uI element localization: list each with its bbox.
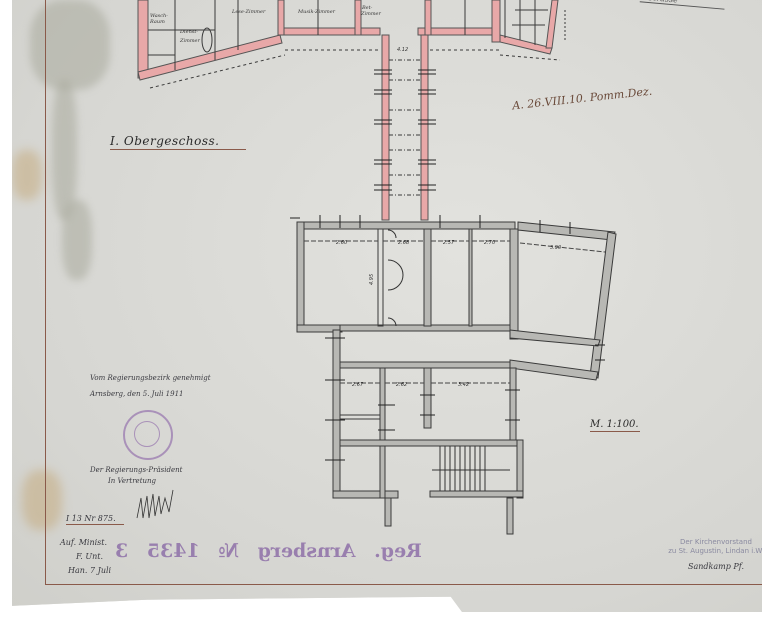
- church-board-stamp-line2: zu St. Augustin, Lindan i.W.: [666, 547, 762, 556]
- svg-text:Lese-Zimmer: Lese-Zimmer: [231, 9, 266, 15]
- upper-floor-plan: [138, 0, 565, 88]
- svg-text:3.42: 3.42: [458, 382, 469, 388]
- lower-floor-plan: [290, 215, 616, 534]
- church-board-stamp-line1: Der Kirchenvorstand: [666, 538, 762, 547]
- official-seal: [123, 410, 173, 460]
- svg-text:4.95: 4.95: [369, 274, 375, 285]
- corridor: [374, 35, 436, 220]
- svg-text:3.90: 3.90: [550, 245, 561, 251]
- registry-stamp: Reg. Arnsberg № 1435 3: [115, 540, 422, 562]
- note-bottom-left-1: Auf. Minist.: [60, 538, 107, 547]
- floor-title: I. Obergeschoss.: [110, 134, 246, 150]
- svg-text:4.12: 4.12: [397, 47, 408, 53]
- svg-text:2.57: 2.57: [443, 240, 455, 246]
- scale-label: M. 1:100.: [590, 419, 640, 432]
- svg-text:Zimmer: Zimmer: [360, 11, 382, 17]
- reference-number: I 13 Nr 875.: [66, 514, 124, 525]
- upper-room-labels: Wasch-Raum Dienst-Zimmer Lese-Zimmer Mus…: [149, 5, 382, 44]
- svg-text:2.67: 2.67: [352, 382, 364, 388]
- church-board-signature: Sandkamp Pf.: [688, 562, 744, 571]
- signature-scribble: [135, 488, 175, 528]
- svg-text:2.62: 2.62: [396, 382, 407, 388]
- church-board-stamp: Der Kirchenvorstand zu St. Augustin, Lin…: [666, 538, 762, 556]
- svg-text:Zimmer: Zimmer: [179, 38, 201, 44]
- note-bottom-left-3: Han. 7 Juli: [68, 566, 111, 575]
- svg-text:2.60: 2.60: [336, 240, 347, 246]
- inspection-note-line1: Vom Regierungsbezirk genehmigt: [90, 374, 211, 382]
- svg-text:2.68: 2.68: [398, 240, 409, 246]
- president-line2: In Vertretung: [108, 477, 156, 485]
- svg-text:Raum: Raum: [149, 19, 165, 25]
- svg-text:Musik-Zimmer: Musik-Zimmer: [297, 9, 336, 15]
- svg-text:Dienst-: Dienst-: [179, 29, 198, 35]
- note-bottom-left-2: F. Unt.: [76, 552, 103, 561]
- svg-text:2.70: 2.70: [484, 240, 495, 246]
- inspection-note-line2: Arnsberg, den 5. Juli 1911: [90, 390, 184, 398]
- president-line1: Der Regierungs-Präsident: [90, 466, 182, 474]
